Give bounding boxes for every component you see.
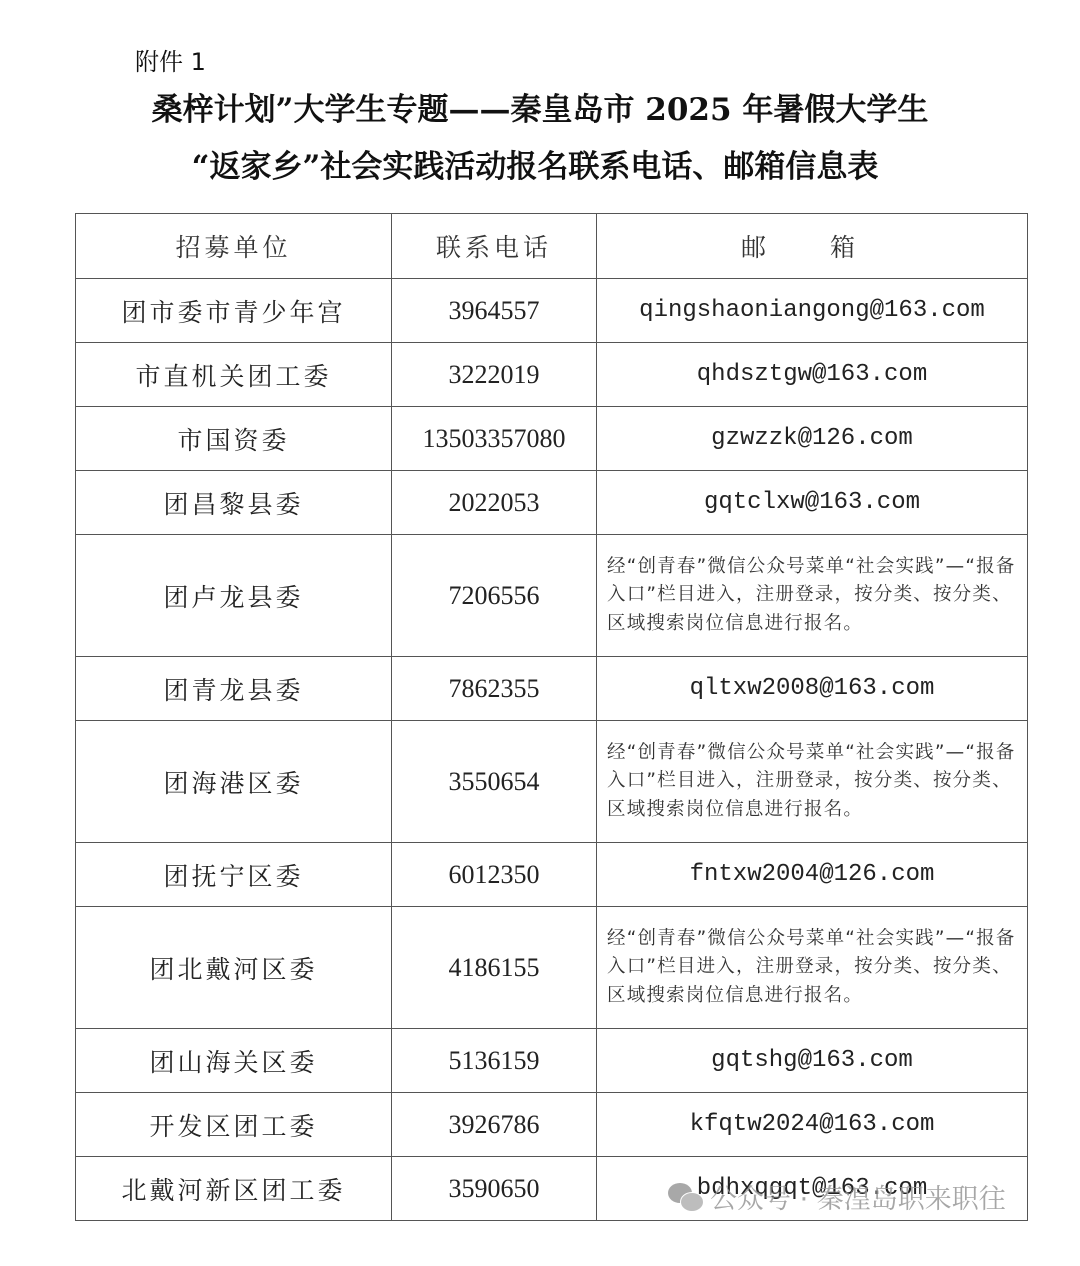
phone-cell: 4186155: [392, 907, 597, 1029]
wechat-icon: [668, 1181, 704, 1213]
phone-cell: 7206556: [392, 535, 597, 657]
phone-cell: 3590650: [392, 1157, 597, 1221]
phone-cell: 6012350: [392, 843, 597, 907]
email-cell: qingshaoniangong@163.com: [597, 279, 1028, 343]
table-row: 开发区团工委 3926786 kfqtw2024@163.com: [76, 1093, 1028, 1157]
unit-cell: 团卢龙县委: [76, 535, 392, 657]
unit-cell: 团北戴河区委: [76, 907, 392, 1029]
table-row: 团昌黎县委 2022053 gqtclxw@163.com: [76, 471, 1028, 535]
watermark-text: 公众号 · 秦湟岛职来职往: [710, 1177, 1006, 1216]
header-email: 邮 箱: [597, 214, 1028, 279]
header-unit: 招募单位: [76, 214, 392, 279]
phone-cell: 3964557: [392, 279, 597, 343]
phone-cell: 13503357080: [392, 407, 597, 471]
attachment-label: 附件 1: [135, 42, 206, 77]
phone-cell: 2022053: [392, 471, 597, 535]
unit-cell: 市直机关团工委: [76, 343, 392, 407]
email-cell: qltxw2008@163.com: [597, 657, 1028, 721]
table-row: 团青龙县委 7862355 qltxw2008@163.com: [76, 657, 1028, 721]
phone-cell: 7862355: [392, 657, 597, 721]
email-cell: kfqtw2024@163.com: [597, 1093, 1028, 1157]
unit-cell: 团市委市青少年宫: [76, 279, 392, 343]
email-cell: gqtshg@163.com: [597, 1029, 1028, 1093]
email-cell: gqtclxw@163.com: [597, 471, 1028, 535]
table-row: 市直机关团工委 3222019 qhdsztgw@163.com: [76, 343, 1028, 407]
phone-cell: 3550654: [392, 721, 597, 843]
table-row: 团卢龙县委 7206556 经“创青春”微信公众号菜单“社会实践”—“报备入口”…: [76, 535, 1028, 657]
unit-cell: 团昌黎县委: [76, 471, 392, 535]
table-row: 团海港区委 3550654 经“创青春”微信公众号菜单“社会实践”—“报备入口”…: [76, 721, 1028, 843]
document-title-line1: 桑梓计划”大学生专题——秦皇岛市 2025 年暑假大学生: [0, 84, 1080, 129]
unit-cell: 市国资委: [76, 407, 392, 471]
email-cell: fntxw2004@126.com: [597, 843, 1028, 907]
table-row: 团山海关区委 5136159 gqtshg@163.com: [76, 1029, 1028, 1093]
table-row: 团市委市青少年宫 3964557 qingshaoniangong@163.co…: [76, 279, 1028, 343]
table-row: 市国资委 13503357080 gzwzzk@126.com: [76, 407, 1028, 471]
phone-cell: 3926786: [392, 1093, 597, 1157]
phone-cell: 5136159: [392, 1029, 597, 1093]
registration-note-cell: 经“创青春”微信公众号菜单“社会实践”—“报备入口”栏目进入，注册登录，按分类、…: [597, 907, 1028, 1029]
document-title-line2: “返家乡”社会实践活动报名联系电话、邮箱信息表: [0, 141, 1075, 186]
unit-cell: 开发区团工委: [76, 1093, 392, 1157]
registration-note-cell: 经“创青春”微信公众号菜单“社会实践”—“报备入口”栏目进入，注册登录，按分类、…: [597, 721, 1028, 843]
watermark: 公众号 · 秦湟岛职来职往: [668, 1177, 1006, 1216]
contact-table: 招募单位 联系电话 邮 箱 团市委市青少年宫 3964557 qingshaon…: [75, 213, 1028, 1221]
unit-cell: 北戴河新区团工委: [76, 1157, 392, 1221]
phone-cell: 3222019: [392, 343, 597, 407]
email-cell: gzwzzk@126.com: [597, 407, 1028, 471]
unit-cell: 团抚宁区委: [76, 843, 392, 907]
unit-cell: 团海港区委: [76, 721, 392, 843]
unit-cell: 团山海关区委: [76, 1029, 392, 1093]
email-cell: qhdsztgw@163.com: [597, 343, 1028, 407]
table-header-row: 招募单位 联系电话 邮 箱: [76, 214, 1028, 279]
table-row: 团抚宁区委 6012350 fntxw2004@126.com: [76, 843, 1028, 907]
unit-cell: 团青龙县委: [76, 657, 392, 721]
registration-note-cell: 经“创青春”微信公众号菜单“社会实践”—“报备入口”栏目进入，注册登录，按分类、…: [597, 535, 1028, 657]
header-phone: 联系电话: [392, 214, 597, 279]
table-row: 团北戴河区委 4186155 经“创青春”微信公众号菜单“社会实践”—“报备入口…: [76, 907, 1028, 1029]
